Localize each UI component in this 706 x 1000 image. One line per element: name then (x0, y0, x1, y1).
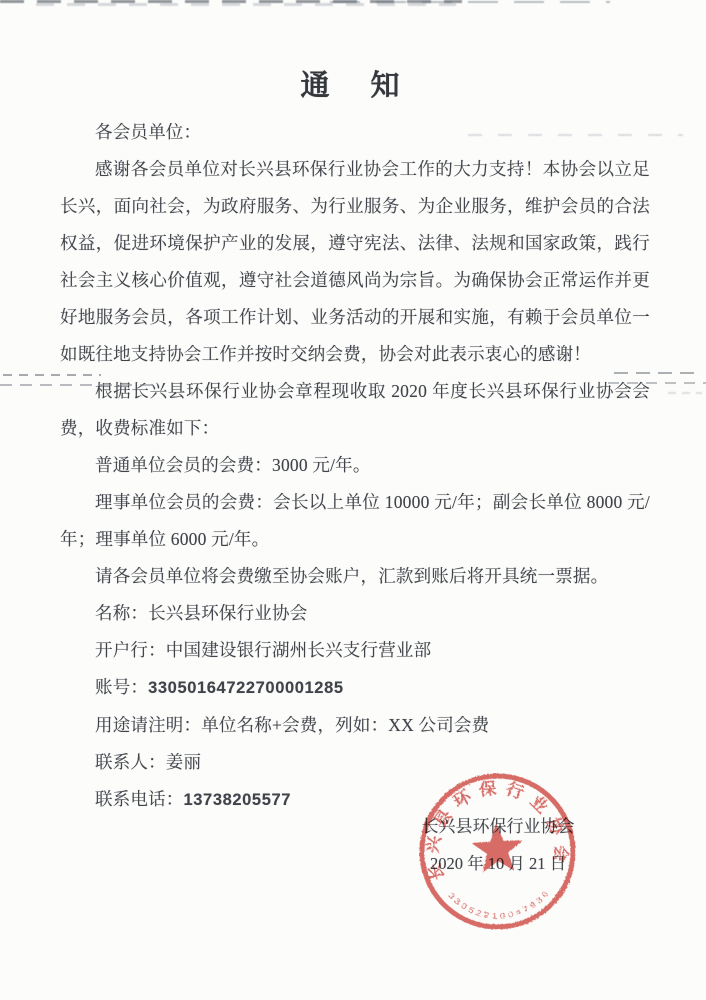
detail-account-name: 名称：长兴县环保行业协会 (60, 595, 650, 632)
paragraph-fee-director: 理事单位会员的会费：会长以上单位 10000 元/年；副会长单位 8000 元/… (60, 484, 650, 558)
paragraph-fee-ordinary: 普通单位会员的会费：3000 元/年。 (60, 447, 650, 484)
paragraph-remit: 请各会员单位将会费缴至协会账户，汇款到账后将开具统一票据。 (60, 558, 650, 595)
page-title: 通 知 (0, 0, 706, 106)
phone-value: 13738205577 (184, 791, 292, 809)
detail-bank: 开户行：中国建设银行湖州长兴支行营业部 (60, 632, 650, 669)
salutation: 各会员单位： (60, 114, 650, 151)
document-body: 各会员单位： 感谢各会员单位对长兴县环保行业协会工作的大力支持！本协会以立足长兴… (60, 114, 650, 819)
paragraph-fee-intro: 根据长兴县环保行业协会章程现收取 2020 年度长兴县环保行业协会会费，收费标准… (60, 373, 650, 447)
official-seal: 长兴县环保行业协会 33052210047936 (411, 765, 584, 938)
paragraph-thanks: 感谢各会员单位对长兴县环保行业协会工作的大力支持！本协会以立足长兴，面向社会，为… (60, 151, 650, 373)
detail-account-number: 账号：33050164722700001285 (60, 669, 650, 707)
phone-label: 联系电话： (95, 789, 184, 809)
document-page: 通 知 各会员单位： 感谢各会员单位对长兴县环保行业协会工作的大力支持！本协会以… (0, 0, 706, 1000)
star-icon (470, 822, 524, 873)
detail-usage: 用途请注明：单位名称+会费，列如：XX 公司会费 (60, 707, 650, 744)
scan-artifact-mid-right-3 (668, 392, 702, 394)
account-number-value: 33050164722700001285 (148, 679, 344, 697)
account-number-label: 账号： (95, 677, 148, 697)
